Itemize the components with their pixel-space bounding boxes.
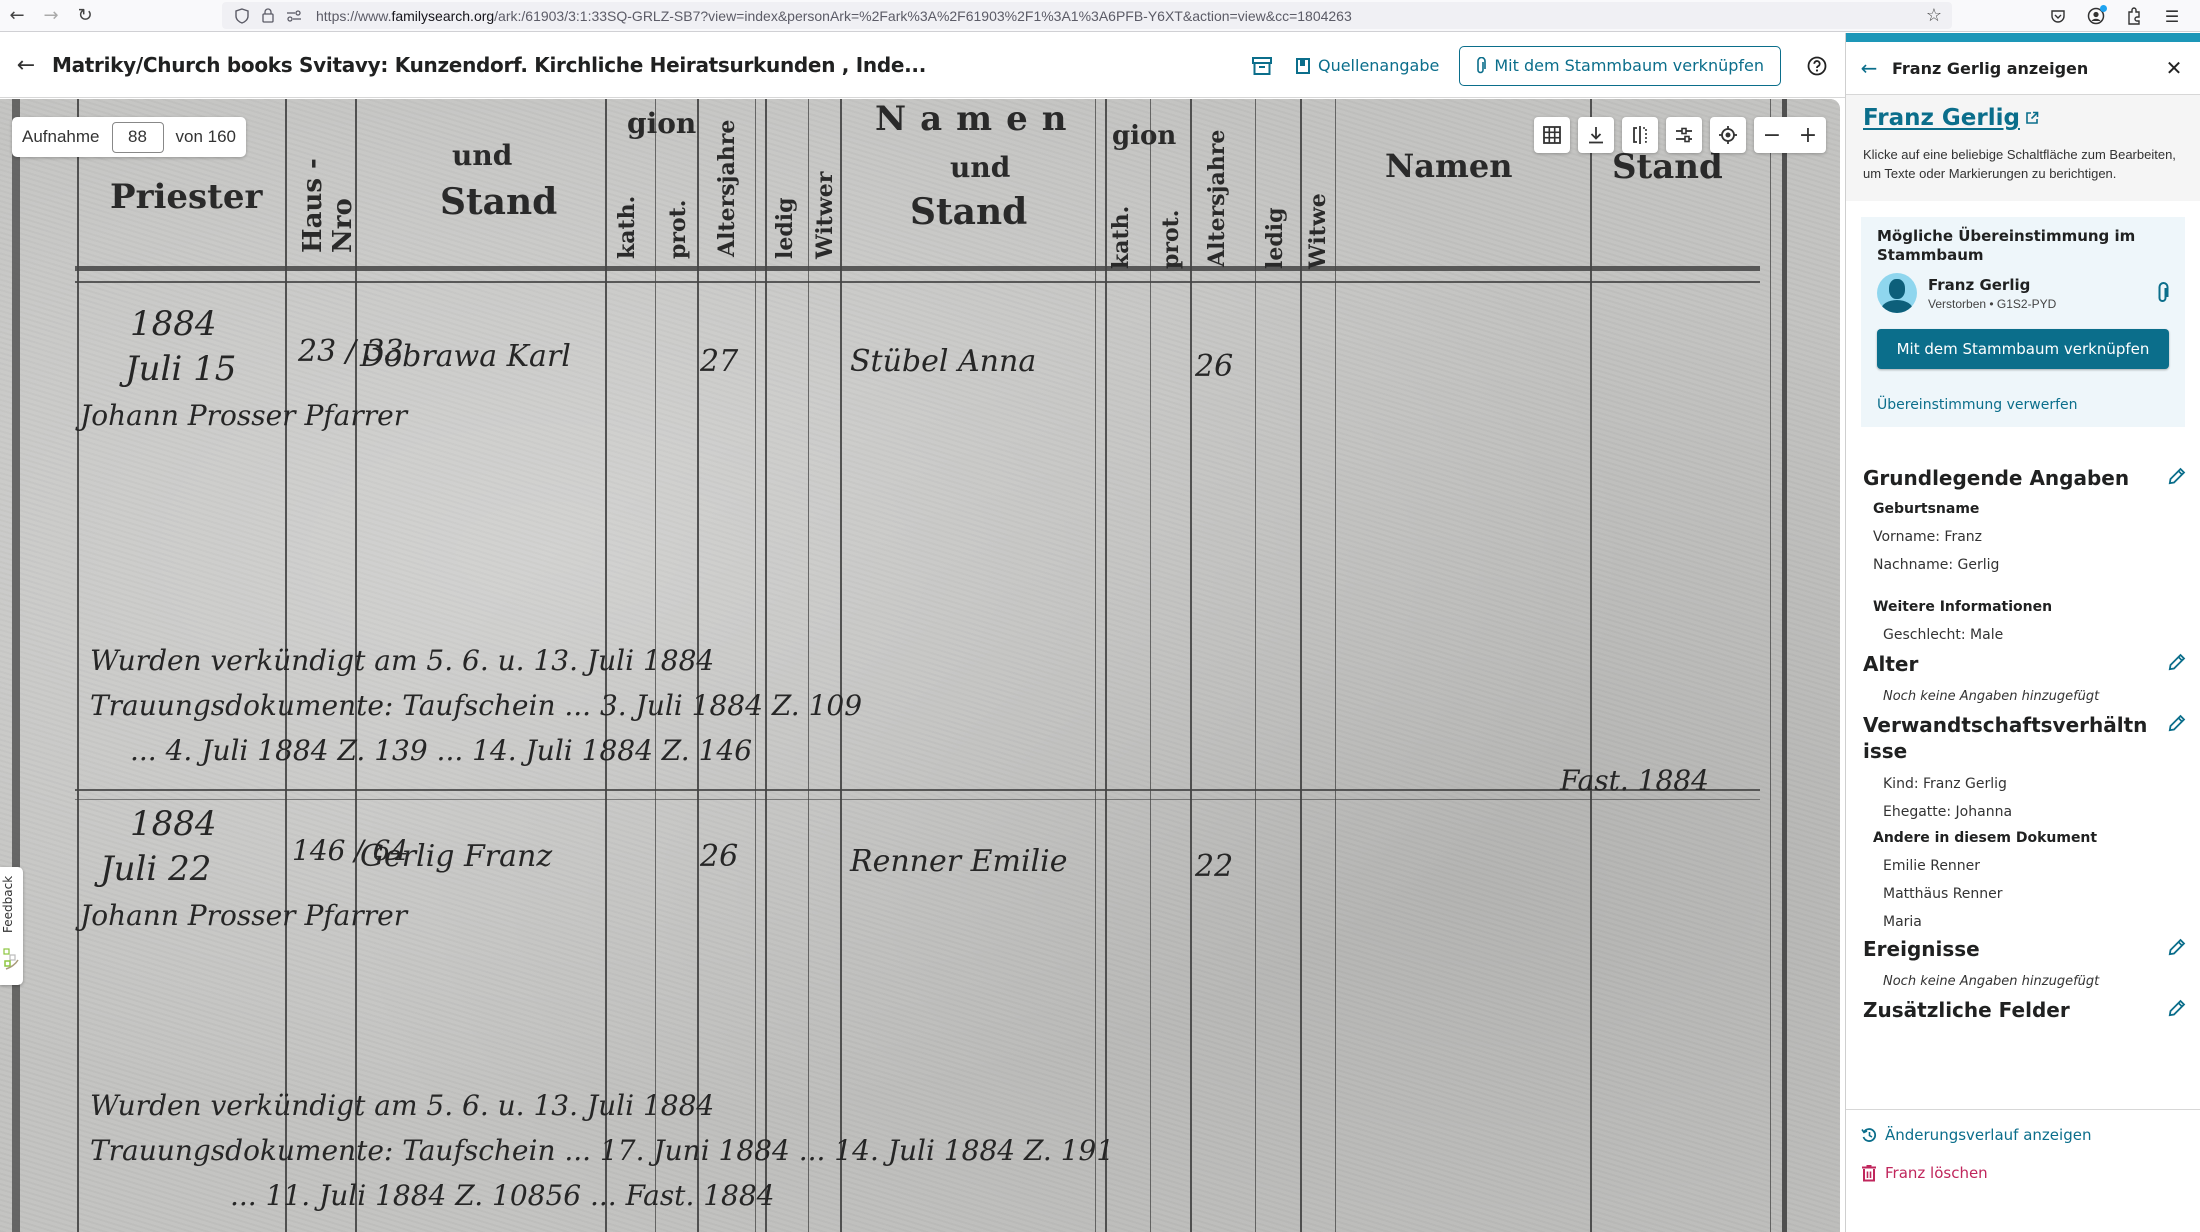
column-header-kath: kath. xyxy=(614,189,640,259)
column-header-stand-2: Stand xyxy=(910,191,1027,233)
other-person-item[interactable]: Emilie Renner xyxy=(1883,858,2183,874)
close-icon[interactable]: ✕ xyxy=(2160,54,2188,82)
attach-to-tree-label: Mit dem Stammbaum verknüpfen xyxy=(1494,56,1764,75)
section-title: Ereignisse xyxy=(1863,936,2153,962)
section-events: Ereignisse Noch keine Angaben hinzugefüg… xyxy=(1846,936,2200,989)
column-header-und: und xyxy=(452,139,512,172)
address-bar[interactable]: https://www.familysearch.org/ark:/61903/… xyxy=(222,2,1952,29)
lock-icon[interactable] xyxy=(258,6,278,26)
menu-icon[interactable]: ☰ xyxy=(2160,4,2184,28)
person-name: Franz Gerlig xyxy=(1863,105,2020,131)
column-header-prot: prot. xyxy=(665,189,691,259)
column-header-ledig: ledig xyxy=(772,179,798,259)
entry-1-note: Trauungsdokumente: Taufschein ... 3. Jul… xyxy=(90,689,862,722)
back-arrow-icon[interactable]: ← xyxy=(0,45,52,85)
match-person-meta: Verstorben • G1S2-PYD xyxy=(1928,297,2056,311)
feedback-tab[interactable]: Feedback xyxy=(0,867,23,985)
person-detail-panel: ← Franz Gerlig anzeigen ✕ Franz Gerlig K… xyxy=(1845,33,2200,1232)
column-header-haus-nr: Haus - Nro xyxy=(298,113,358,253)
section-title: Grundlegende Angaben xyxy=(1863,465,2153,491)
back-icon[interactable]: ← xyxy=(0,2,34,30)
paperclip-icon[interactable] xyxy=(2157,282,2169,308)
section-basic-info: Grundlegende Angaben Geburtsname Vorname… xyxy=(1846,465,2200,643)
panel-instructions: Klicke auf eine beliebige Schaltfläche z… xyxy=(1863,145,2183,183)
panel-intro: Franz Gerlig Klicke auf eine beliebige S… xyxy=(1846,95,2200,201)
column-header-altersjahre-2: Altersjahre xyxy=(1204,117,1230,267)
panel-footer: Änderungsverlauf anzeigen Franz löschen xyxy=(1846,1109,2200,1182)
download-icon[interactable] xyxy=(1578,117,1614,153)
history-icon xyxy=(1861,1127,1877,1143)
compare-icon[interactable] xyxy=(1622,117,1658,153)
edit-pencil-icon[interactable] xyxy=(2168,938,2186,960)
edit-pencil-icon[interactable] xyxy=(2168,653,2186,675)
grid-icon[interactable] xyxy=(1534,117,1570,153)
edit-pencil-icon[interactable] xyxy=(2168,714,2186,736)
column-header-kath-2: kath. xyxy=(1108,199,1134,269)
viewer-toolbar: − + xyxy=(1534,117,1826,153)
entry-1-priest: Johann Prosser Pfarrer xyxy=(80,399,407,432)
entry-1-bride: Stübel Anna xyxy=(850,344,1036,379)
edit-pencil-icon[interactable] xyxy=(2168,467,2186,489)
match-title: Mögliche Übereinstimmung im Stammbaum xyxy=(1877,227,2169,265)
entry-2-note: ... 11. Juli 1884 Z. 10856 ... Fast. 188… xyxy=(230,1179,775,1212)
entry-1-note: Fast. 1884 xyxy=(1560,764,1709,797)
forward-icon[interactable]: → xyxy=(34,2,68,30)
view-change-history-link[interactable]: Änderungsverlauf anzeigen xyxy=(1846,1126,2200,1144)
section-title: Alter xyxy=(1863,651,2153,677)
last-name-field[interactable]: Nachname: Gerlig xyxy=(1873,557,2183,573)
column-header-witwe: Witwe xyxy=(1305,169,1331,269)
external-link-icon xyxy=(2025,111,2039,125)
page-number-input[interactable] xyxy=(112,122,164,153)
entry-1-age: 27 xyxy=(700,344,738,379)
section-relationships: Verwandtschaftsverhältnisse Kind: Franz … xyxy=(1846,712,2200,930)
column-header-priester: Priester xyxy=(110,177,262,217)
browser-toolbar: ← → ↻ https://www.familysearch.org/ark:/… xyxy=(0,0,2200,32)
entry-2-note: Trauungsdokumente: Taufschein ... 17. Ju… xyxy=(90,1134,1114,1167)
feedback-label: Feedback xyxy=(1,873,15,933)
trash-icon xyxy=(1861,1164,1877,1182)
possible-match-card: Mögliche Übereinstimmung im Stammbaum Fr… xyxy=(1861,217,2185,427)
book-icon xyxy=(1296,58,1310,74)
entry-2-date: Juli 22 xyxy=(100,849,211,889)
notification-dot xyxy=(2100,5,2107,12)
zoom-controls: − + xyxy=(1754,117,1826,153)
history-link-label: Änderungsverlauf anzeigen xyxy=(1885,1126,2091,1144)
section-title: Zusätzliche Felder xyxy=(1863,997,2153,1023)
document-header: ← Matriky/Church books Svitavy: Kunzendo… xyxy=(0,33,1845,98)
column-header-altersjahre: Altersjahre xyxy=(714,107,740,257)
source-citation-label: Quellenangabe xyxy=(1318,56,1439,75)
relationship-item[interactable]: Ehegatte: Johanna xyxy=(1883,804,2183,820)
more-info-label: Weitere Informationen xyxy=(1873,599,2183,615)
column-header-witwer: Witwer xyxy=(812,149,838,259)
permissions-icon[interactable] xyxy=(284,6,304,26)
paperclip-icon xyxy=(1476,57,1486,75)
source-citation-button[interactable]: Quellenangabe xyxy=(1282,46,1453,86)
reload-icon[interactable]: ↻ xyxy=(68,2,102,30)
entry-2-groom: Gerlig Franz xyxy=(360,839,552,874)
zoom-out-icon[interactable]: − xyxy=(1754,117,1790,153)
gender-field[interactable]: Geschlecht: Male xyxy=(1883,627,2183,643)
panel-title: Franz Gerlig anzeigen xyxy=(1892,59,2088,78)
entry-1-note: ... 4. Juli 1884 Z. 139 ... 14. Juli 188… xyxy=(130,734,752,767)
record-image-viewer[interactable]: Priester Haus - Nro und Stand gion kath.… xyxy=(0,99,1840,1232)
archive-icon[interactable] xyxy=(1242,46,1282,86)
column-header-namen-3: Namen xyxy=(1385,147,1512,185)
entry-1-bride-age: 26 xyxy=(1195,349,1233,384)
url-text: https://www.familysearch.org/ark:/61903/… xyxy=(316,8,1352,24)
pocket-icon[interactable] xyxy=(2046,4,2070,28)
page-label: Aufnahme xyxy=(22,127,100,147)
entry-2-bride-age: 22 xyxy=(1195,849,1233,884)
other-person-item[interactable]: Maria xyxy=(1883,914,2183,930)
section-title: Verwandtschaftsverhältnisse xyxy=(1863,712,2153,764)
edit-pencil-icon[interactable] xyxy=(2168,999,2186,1021)
first-name-field[interactable]: Vorname: Franz xyxy=(1873,529,2183,545)
entry-1-groom: Dobrawa Karl xyxy=(360,339,571,374)
image-page-counter: Aufnahme von 160 xyxy=(12,117,246,157)
other-person-item[interactable]: Matthäus Renner xyxy=(1883,886,2183,902)
person-name-link[interactable]: Franz Gerlig xyxy=(1863,105,2039,131)
match-person[interactable]: Franz Gerlig Verstorben • G1S2-PYD xyxy=(1877,273,2169,313)
record-image: Priester Haus - Nro und Stand gion kath.… xyxy=(0,99,1840,1232)
column-header-und-2: und xyxy=(950,151,1010,184)
delete-person-link[interactable]: Franz löschen xyxy=(1846,1164,2200,1182)
column-header-namen: Namen xyxy=(875,99,1080,139)
column-header-prot-2: prot. xyxy=(1158,199,1184,269)
delete-link-label: Franz löschen xyxy=(1885,1164,1988,1182)
relationship-item[interactable]: Kind: Franz Gerlig xyxy=(1883,776,2183,792)
entry-1-note: Wurden verkündigt am 5. 6. u. 13. Juli 1… xyxy=(90,644,714,677)
entry-1-year: 1884 xyxy=(130,304,217,344)
reject-match-link[interactable]: Übereinstimmung verwerfen xyxy=(1877,397,2169,413)
bookmark-star-icon[interactable]: ☆ xyxy=(1926,5,1942,26)
zoom-in-icon[interactable]: + xyxy=(1790,117,1826,153)
match-person-name: Franz Gerlig xyxy=(1928,276,2056,294)
column-header-stand: Stand xyxy=(440,181,557,223)
entry-1-date: Juli 15 xyxy=(125,349,236,389)
account-icon[interactable] xyxy=(2084,4,2108,28)
page-title: Matriky/Church books Svitavy: Kunzendorf… xyxy=(52,53,926,77)
attach-match-button[interactable]: Mit dem Stammbaum verknüpfen xyxy=(1877,329,2169,369)
column-header-stand-3: Stand xyxy=(1612,147,1723,187)
attach-to-tree-button[interactable]: Mit dem Stammbaum verknüpfen xyxy=(1459,46,1781,86)
extensions-icon[interactable] xyxy=(2122,4,2146,28)
column-header-ledig-2: ledig xyxy=(1262,194,1288,269)
column-header-religion: gion xyxy=(627,107,696,140)
panel-back-arrow-icon[interactable]: ← xyxy=(1846,56,1892,80)
column-header-religion-2: gion xyxy=(1112,121,1176,151)
feedback-tree-icon xyxy=(3,945,20,975)
avatar xyxy=(1877,273,1917,313)
birth-name-label: Geburtsname xyxy=(1873,501,2183,517)
entry-2-age: 26 xyxy=(700,839,738,874)
entry-2-priest: Johann Prosser Pfarrer xyxy=(80,899,407,932)
adjust-icon[interactable] xyxy=(1666,117,1702,153)
others-in-document-label: Andere in diesem Dokument xyxy=(1873,830,2183,846)
entry-2-year: 1884 xyxy=(130,804,217,844)
empty-state-text: Noch keine Angaben hinzugefügt xyxy=(1883,689,2183,704)
panel-accent-strip xyxy=(1846,33,2200,42)
section-additional-fields: Zusätzliche Felder xyxy=(1846,997,2200,1023)
section-age: Alter Noch keine Angaben hinzugefügt xyxy=(1846,651,2200,704)
entry-2-bride: Renner Emilie xyxy=(850,844,1068,879)
help-icon[interactable] xyxy=(1789,46,1845,86)
locate-icon[interactable] xyxy=(1710,117,1746,153)
page-total-label: von 160 xyxy=(176,127,237,147)
entry-2-note: Wurden verkündigt am 5. 6. u. 13. Juli 1… xyxy=(90,1089,714,1122)
shield-icon[interactable] xyxy=(232,6,252,26)
empty-state-text: Noch keine Angaben hinzugefügt xyxy=(1883,974,2183,989)
